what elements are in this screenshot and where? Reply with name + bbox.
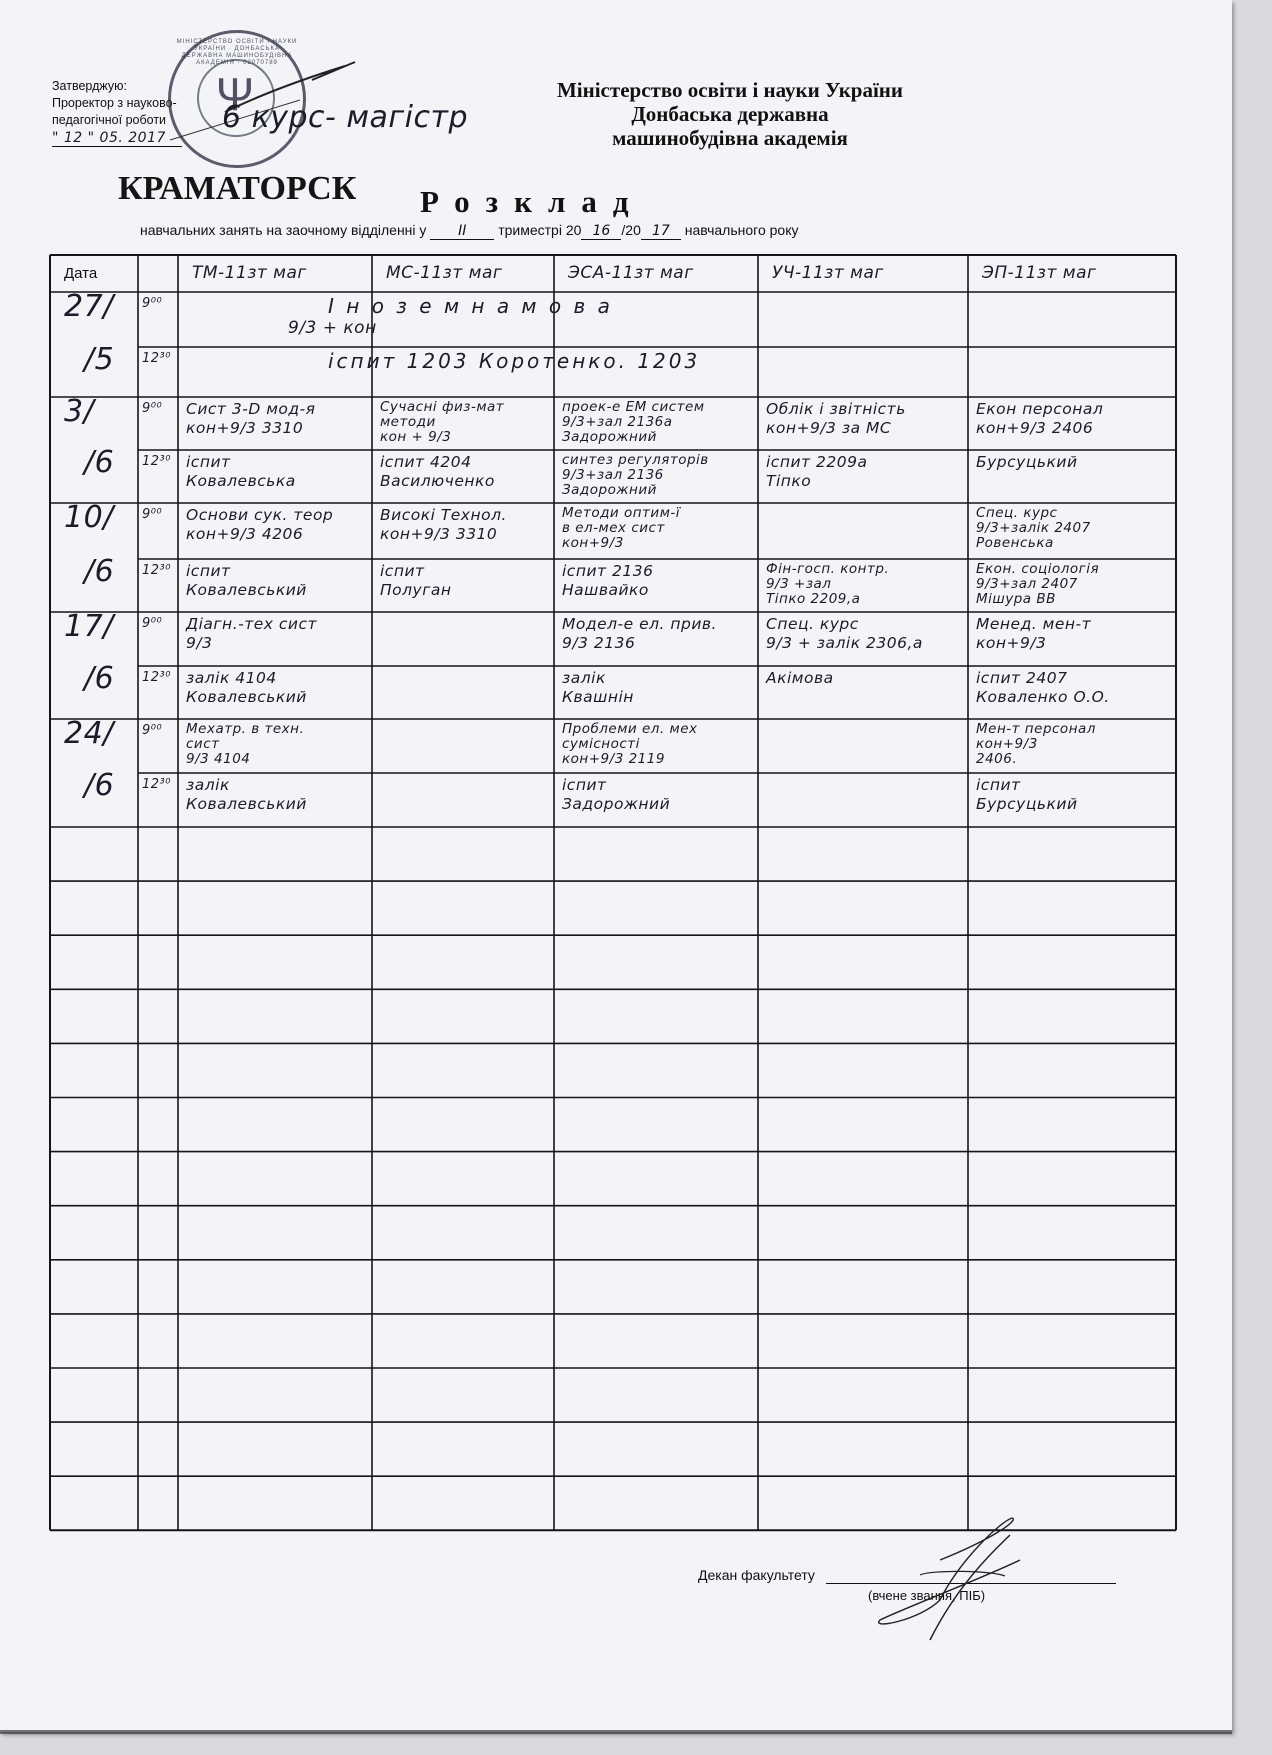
lesson-entry: Менед. мен-т: [976, 615, 1091, 634]
lesson-entry: Високі Технол.: [380, 506, 507, 525]
date-day: 24/: [64, 725, 114, 742]
lesson-entry: Тіпко: [766, 472, 811, 491]
column-header: ТМ-11зт маг: [192, 265, 307, 282]
lesson-entry: в ел-мех сист: [562, 521, 665, 536]
lesson-entry: Основи сук. теор: [186, 506, 333, 525]
lesson-entry: іспит 2136: [562, 562, 653, 581]
lesson-entry: сист: [186, 737, 219, 752]
lesson-entry: Діагн.-тех сист: [186, 615, 317, 634]
lesson-entry: Нашвайко: [562, 581, 649, 600]
lesson-entry: Бурсуцький: [976, 453, 1078, 472]
lesson-entry: іспит: [380, 562, 425, 581]
lesson-entry: 9/3: [186, 634, 212, 653]
lesson-entry: Василюченко: [380, 472, 495, 491]
lesson-entry: проек-е ЕМ систем: [562, 400, 705, 415]
lesson-entry: кон+9/3 3310: [186, 419, 303, 438]
lesson-entry: Мехатр. в техн.: [186, 722, 304, 737]
lesson-entry: 9/3 + залік 2306,а: [766, 634, 923, 653]
lesson-entry: синтез регуляторів: [562, 453, 709, 468]
column-header: ЭП-11зт маг: [982, 265, 1096, 282]
lesson-entry: кон+9/3: [562, 536, 624, 551]
lesson-entry: іспит 4204: [380, 453, 471, 472]
lesson-entry: 9/3+залік 2407: [976, 521, 1091, 536]
lesson-entry: кон+9/3 2119: [562, 752, 665, 767]
lesson-entry: кон+9/3: [976, 634, 1046, 653]
lesson-entry: Ковалевський: [186, 688, 307, 707]
lesson-entry: Тіпко 2209,а: [766, 592, 860, 607]
column-header: МС-11зт маг: [386, 265, 502, 282]
date-day: 3/: [64, 403, 94, 420]
lesson-entry: Фін-госп. контр.: [766, 562, 889, 577]
time-slot: 12³⁰: [142, 669, 171, 686]
lesson-entry: іспит 2407: [976, 669, 1067, 688]
lesson-entry: 9/3+зал 2407: [976, 577, 1078, 592]
lesson-entry: сумісності: [562, 737, 640, 752]
column-header: Дата: [64, 265, 97, 282]
lesson-entry: Акімова: [766, 669, 834, 688]
dean-signature-line: [826, 1582, 1116, 1584]
lesson-entry: іспит: [562, 776, 607, 795]
lesson-entry: 9/3+зал 2136а: [562, 415, 673, 430]
lesson-entry: Задорожний: [562, 430, 657, 445]
lesson-entry: Екон персонал: [976, 400, 1103, 419]
merged-lesson-note: 9/3 + кон: [288, 320, 377, 337]
date-month: /6: [84, 670, 114, 687]
lesson-entry: Полуган: [380, 581, 452, 600]
lesson-entry: 9/3+зал 2136: [562, 468, 664, 483]
lesson-entry: Облік і звітність: [766, 400, 906, 419]
lesson-entry: Модел-е ел. прив.: [562, 615, 717, 634]
date-month: /6: [84, 563, 114, 580]
time-slot: 9⁰⁰: [142, 615, 162, 632]
lesson-entry: Задорожний: [562, 795, 670, 814]
date-day: 10/: [64, 509, 114, 526]
date-month: /6: [84, 777, 114, 794]
date-day: 27/: [64, 298, 114, 315]
dean-note: (вчене звання, ПІБ): [868, 1588, 985, 1603]
lesson-entry: іспит: [186, 453, 231, 472]
date-month: /5: [84, 351, 114, 368]
lesson-entry: Ковалевський: [186, 795, 307, 814]
lesson-entry: кон+9/3 4206: [186, 525, 303, 544]
lesson-entry: Ровенська: [976, 536, 1054, 551]
lesson-entry: іспит: [976, 776, 1021, 795]
time-slot: 12³⁰: [142, 350, 171, 367]
time-slot: 9⁰⁰: [142, 400, 162, 417]
time-slot: 12³⁰: [142, 776, 171, 793]
lesson-entry: 2406.: [976, 752, 1017, 767]
lesson-entry: Спец. курс: [766, 615, 859, 634]
time-slot: 12³⁰: [142, 562, 171, 579]
time-slot: 12³⁰: [142, 453, 171, 470]
lesson-entry: 9/3 2136: [562, 634, 635, 653]
lesson-entry: Сист 3-D мод-я: [186, 400, 316, 419]
lesson-entry: Методи оптим-ї: [562, 506, 680, 521]
column-header: УЧ-11зт маг: [772, 265, 884, 282]
lesson-entry: Квашнін: [562, 688, 634, 707]
lesson-entry: іспит: [186, 562, 231, 581]
lesson-entry: залік: [186, 776, 230, 795]
lesson-entry: Проблеми ел. мех: [562, 722, 698, 737]
lesson-entry: Сучасні физ-мат: [380, 400, 504, 415]
lesson-entry: Коваленко О.О.: [976, 688, 1110, 707]
lesson-entry: кон+9/3: [976, 737, 1038, 752]
time-slot: 9⁰⁰: [142, 722, 162, 739]
lesson-entry: кон+9/3 3310: [380, 525, 497, 544]
time-slot: 9⁰⁰: [142, 295, 162, 312]
lesson-entry: Мішура ВВ: [976, 592, 1056, 607]
lesson-entry: Спец. курс: [976, 506, 1057, 521]
lesson-entry: 9/3 4104: [186, 752, 250, 767]
lesson-entry: кон + 9/3: [380, 430, 451, 445]
column-header: ЭСА-11зт маг: [568, 265, 694, 282]
dean-label: Декан факультету: [698, 1567, 815, 1583]
lesson-entry: Екон. соціологія: [976, 562, 1099, 577]
merged-lesson: іспит 1203 Коротенко. 1203: [328, 353, 700, 370]
date-day: 17/: [64, 618, 114, 635]
date-month: /6: [84, 454, 114, 471]
lesson-entry: Ковалевський: [186, 581, 307, 600]
lesson-entry: методи: [380, 415, 436, 430]
lesson-entry: залік 4104: [186, 669, 277, 688]
lesson-entry: Мен-т персонал: [976, 722, 1096, 737]
merged-lesson: І н о з е м н а м о в а: [328, 298, 613, 315]
lesson-entry: кон+9/3 за МС: [766, 419, 891, 438]
lesson-entry: Задорожний: [562, 483, 657, 498]
lesson-entry: іспит 2209а: [766, 453, 867, 472]
lesson-entry: 9/3 +зал: [766, 577, 831, 592]
schedule-table: ДатаТМ-11зт магМС-11зт магЭСА-11зт магУЧ…: [0, 0, 1272, 1755]
lesson-entry: Ковалевська: [186, 472, 296, 491]
lesson-entry: Бурсуцький: [976, 795, 1078, 814]
lesson-entry: залік: [562, 669, 606, 688]
time-slot: 9⁰⁰: [142, 506, 162, 523]
lesson-entry: кон+9/3 2406: [976, 419, 1093, 438]
